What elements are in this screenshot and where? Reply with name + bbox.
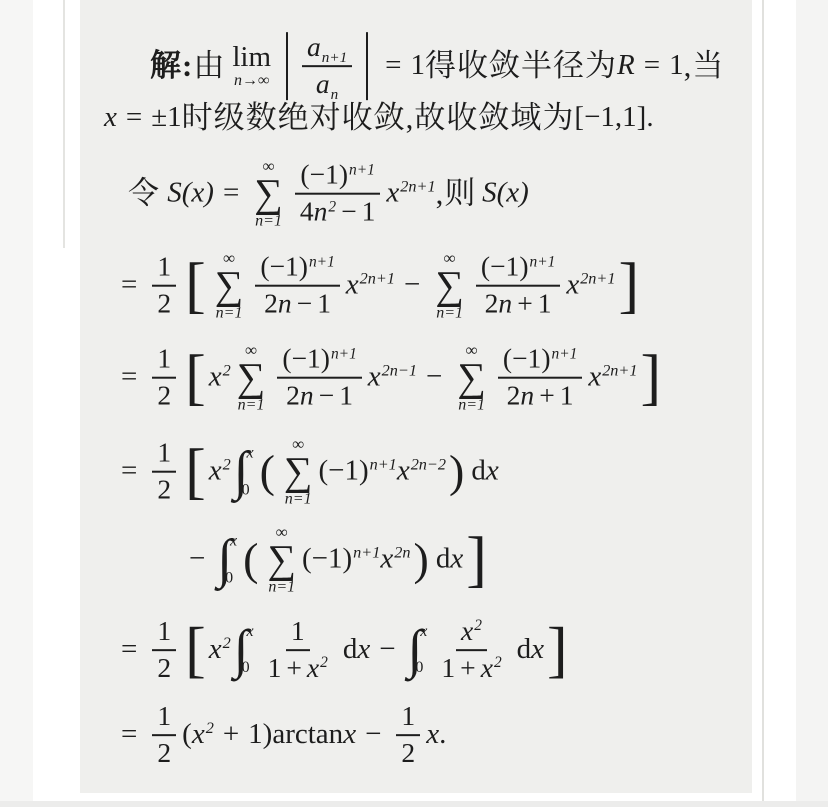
- math-text: −: [189, 544, 205, 576]
- fraction: 12: [152, 344, 176, 412]
- integral-sign: ∫x0: [234, 623, 254, 677]
- math-text: x: [104, 102, 117, 134]
- math-text: =: [126, 102, 142, 134]
- power: x2: [209, 456, 231, 488]
- power: (−1)n+1: [481, 252, 555, 283]
- power: (−1)n+1: [260, 252, 334, 283]
- math-text: +: [460, 653, 476, 684]
- math-text: 1): [248, 719, 272, 751]
- absolute-value-bar: [286, 32, 288, 100]
- math-text: =: [121, 456, 137, 488]
- math-text: 1: [362, 197, 376, 228]
- math-text: 1: [157, 344, 171, 375]
- math-text: 2: [157, 738, 171, 769]
- math-text: 4: [300, 197, 314, 228]
- math-text: −: [319, 381, 335, 412]
- math-text: 1: [268, 653, 282, 684]
- subscripted: an: [316, 69, 338, 100]
- power: x2n: [380, 544, 410, 576]
- math-line-1: 解:由limn→∞an+1an=1得收敛半径为R=1,当: [150, 32, 724, 100]
- math-text: =: [644, 50, 660, 82]
- left-gutter-line: [63, 0, 65, 248]
- math-text: 1: [157, 438, 171, 469]
- math-text: n: [498, 289, 512, 320]
- math-text: R: [617, 50, 635, 82]
- math-text: S(x): [482, 178, 529, 210]
- fraction: (−1)n+12n−1: [277, 344, 361, 412]
- differential-dx: dx: [436, 544, 463, 576]
- power: (−1)n+1: [282, 344, 356, 375]
- math-text: 1: [401, 701, 415, 732]
- subscripted: an+1: [307, 32, 347, 63]
- power: n2: [314, 197, 336, 228]
- integral-sign: ∫x0: [408, 623, 428, 677]
- math-text: −: [426, 362, 442, 394]
- math-line-3: 令S(x)=∞∑n=1(−1)n+14n2−1x2n+1,则S(x): [128, 158, 529, 231]
- math-line-6: =12[x2∫x0(∞∑n=1(−1)n+1x2n−2)dx: [112, 436, 499, 509]
- power: x2: [209, 362, 231, 394]
- summation-sigma: ∞∑n=1: [215, 250, 244, 323]
- math-text: +: [539, 381, 555, 412]
- fraction: 12: [152, 438, 176, 506]
- math-line-9: =12(x2+1)arctanx−12x.: [112, 701, 446, 769]
- differential-dx: dx: [471, 456, 498, 488]
- math-text: 1: [669, 50, 684, 82]
- math-text: 2: [286, 381, 300, 412]
- math-text: =: [121, 719, 137, 751]
- photo-canvas: { "document": { "kind": "scanned-math-so…: [0, 0, 828, 807]
- summation-sigma: ∞∑n=1: [457, 342, 486, 415]
- power: x2: [461, 616, 482, 647]
- right-gutter-line: [762, 0, 764, 807]
- math-text: 得收敛半径为: [425, 49, 617, 83]
- limit-operator: limn→∞: [232, 43, 271, 90]
- fraction: (−1)n+12n+1: [476, 252, 560, 320]
- math-line-2: x=±1时级数绝对收敛,故收敛域为[−1,1].: [104, 101, 654, 135]
- fraction: 12: [396, 701, 420, 769]
- math-text: S(x): [167, 178, 214, 210]
- bottom-edge-strip: [0, 801, 828, 807]
- power: x2n+1: [346, 270, 395, 302]
- math-text: n: [300, 381, 314, 412]
- math-text: 2: [507, 381, 521, 412]
- absolute-value-bar: [366, 32, 368, 100]
- right-margin-strip: [796, 0, 828, 807]
- power: x2n+1: [588, 362, 637, 394]
- math-text: n: [278, 289, 292, 320]
- fraction: x21+x2: [436, 616, 506, 684]
- summation-sigma: ∞∑n=1: [254, 158, 283, 231]
- math-text: 2: [157, 381, 171, 412]
- math-text: −: [341, 197, 357, 228]
- power: (−1)n+1: [503, 344, 577, 375]
- math-text: 1: [317, 289, 331, 320]
- fraction: (−1)n+14n2−1: [295, 160, 381, 228]
- math-text: 1: [157, 701, 171, 732]
- math-text: (: [182, 719, 192, 751]
- math-text: ±1: [151, 102, 181, 134]
- math-text: 解:: [150, 49, 193, 83]
- math-text: .: [439, 719, 446, 751]
- math-text: −: [297, 289, 313, 320]
- math-text: 2: [264, 289, 278, 320]
- math-text: x: [426, 719, 439, 751]
- differential-dx: dx: [343, 634, 370, 666]
- math-text: −: [379, 634, 395, 666]
- left-margin-strip: [0, 0, 33, 807]
- math-text: 2: [157, 475, 171, 506]
- summation-sigma: ∞∑n=1: [267, 524, 296, 597]
- math-text: 1: [339, 381, 353, 412]
- math-text: 2: [401, 738, 415, 769]
- power: x2n+1: [566, 270, 615, 302]
- math-text: n: [520, 381, 534, 412]
- math-text: 2: [157, 289, 171, 320]
- fraction: (−1)n+12n−1: [255, 252, 339, 320]
- math-text: +: [223, 719, 239, 751]
- fraction: 12: [152, 252, 176, 320]
- math-text: 1: [411, 50, 426, 82]
- math-text: =: [121, 362, 137, 394]
- summation-sigma: ∞∑n=1: [237, 342, 266, 415]
- power: x2: [481, 653, 502, 684]
- math-text: ,则: [436, 177, 477, 211]
- fraction: 12: [152, 616, 176, 684]
- math-text: 令: [128, 177, 160, 211]
- summation-sigma: ∞∑n=1: [435, 250, 464, 323]
- math-text: =: [223, 178, 239, 210]
- fraction: an+1an: [302, 32, 352, 100]
- math-line-5: =12[x2∞∑n=1(−1)n+12n−1x2n−1−∞∑n=1(−1)n+1…: [112, 342, 664, 415]
- scanned-page: 解:由limn→∞an+1an=1得收敛半径为R=1,当x=±1时级数绝对收敛,…: [80, 0, 752, 793]
- math-text: [−1,1].: [574, 102, 653, 134]
- math-text: x: [343, 719, 356, 751]
- fraction: 12: [152, 701, 176, 769]
- math-text: 2: [485, 289, 499, 320]
- summation-sigma: ∞∑n=1: [284, 436, 313, 509]
- power: (−1)n+1: [300, 160, 374, 191]
- integral-sign: ∫x0: [217, 533, 237, 587]
- math-text: 1: [560, 381, 574, 412]
- math-text: 1: [291, 616, 305, 647]
- math-line-8: =12[x2∫x011+x2dx−∫x0x21+x2dx]: [112, 616, 571, 684]
- fraction: (−1)n+12n+1: [498, 344, 582, 412]
- math-text: 由: [193, 49, 225, 83]
- math-text: =: [121, 270, 137, 302]
- math-text: =: [121, 634, 137, 666]
- math-text: 1: [157, 252, 171, 283]
- power: x2n−2: [397, 456, 446, 488]
- power: (−1)n+1: [302, 544, 380, 576]
- math-text: arctan: [272, 719, 343, 751]
- math-text: 1: [441, 653, 455, 684]
- power: x2: [192, 719, 214, 751]
- math-text: 时级数绝对收敛,故收敛域为: [182, 101, 575, 135]
- math-line-7: −∫x0(∞∑n=1(−1)n+1x2n)dx]: [180, 524, 490, 597]
- power: x2n+1: [386, 178, 435, 210]
- differential-dx: dx: [517, 634, 544, 666]
- math-text: +: [286, 653, 302, 684]
- power: x2n−1: [368, 362, 417, 394]
- math-text: +: [517, 289, 533, 320]
- math-text: −: [365, 719, 381, 751]
- math-text: −: [404, 270, 420, 302]
- math-line-4: =12[∞∑n=1(−1)n+12n−1x2n+1−∞∑n=1(−1)n+12n…: [112, 250, 642, 323]
- fraction: 11+x2: [263, 616, 333, 684]
- math-text: 2: [157, 653, 171, 684]
- integral-sign: ∫x0: [234, 445, 254, 499]
- power: (−1)n+1: [318, 456, 396, 488]
- power: x2: [307, 653, 328, 684]
- math-text: 1: [538, 289, 552, 320]
- math-text: =: [385, 50, 401, 82]
- math-text: 1: [157, 616, 171, 647]
- math-text: ,当: [684, 49, 725, 83]
- power: x2: [209, 634, 231, 666]
